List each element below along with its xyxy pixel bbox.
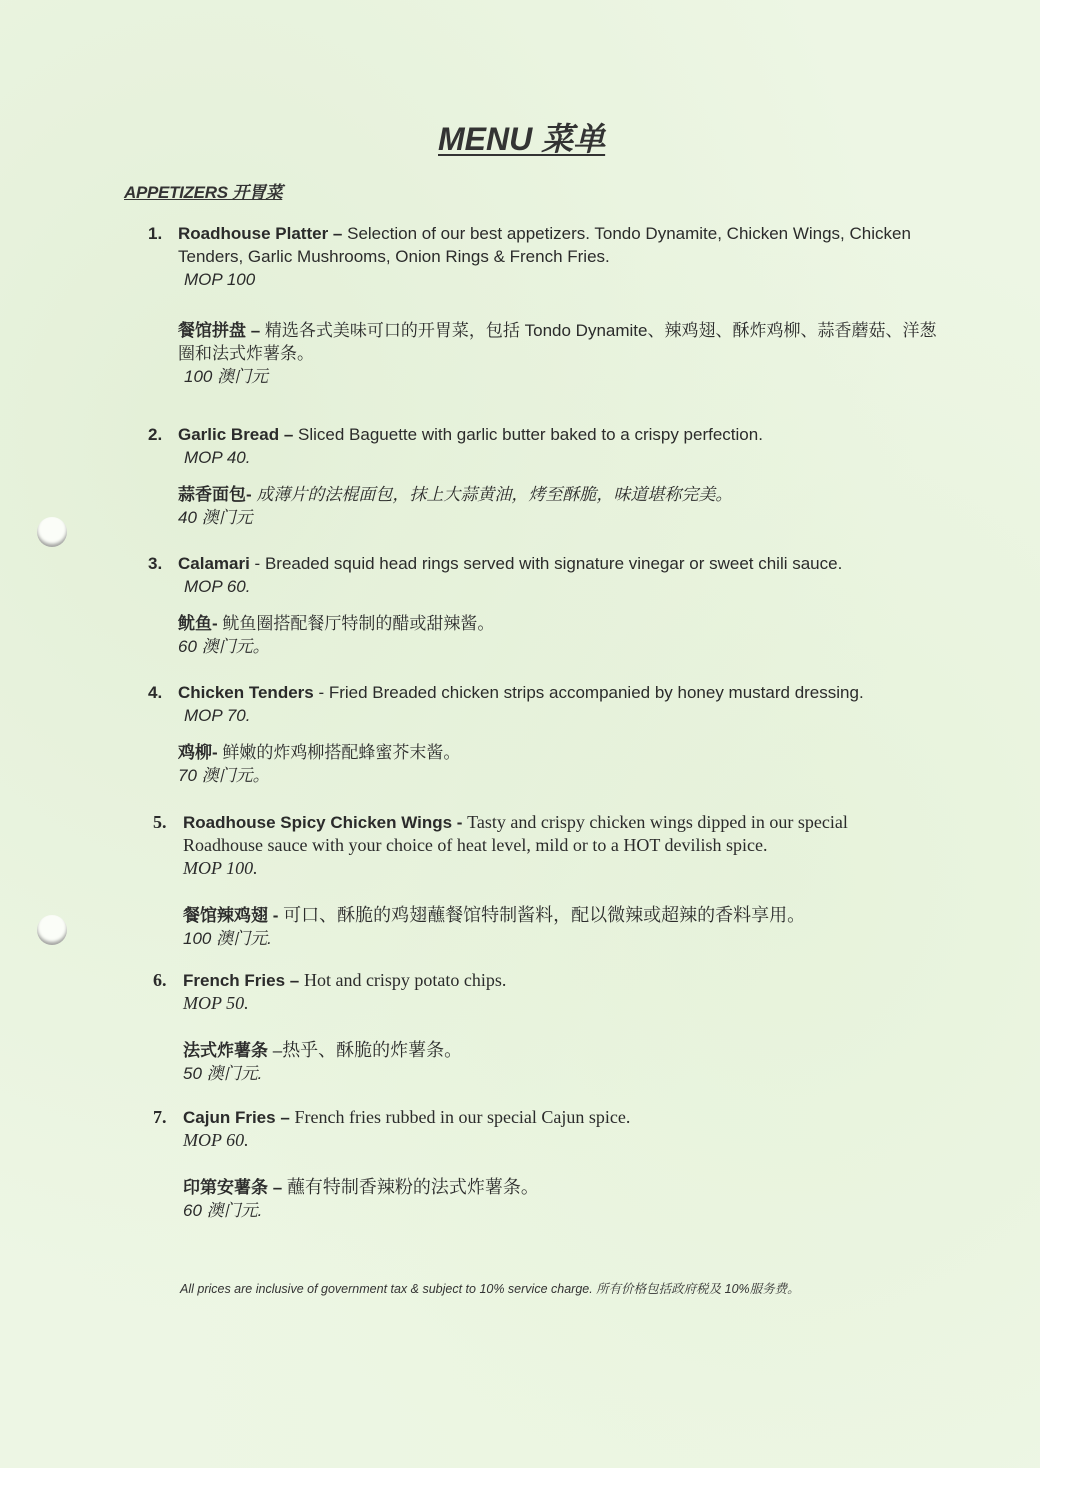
- item-description-cn: 法式炸薯条 –热乎、酥脆的炸薯条。: [183, 1039, 943, 1062]
- menu-page: MENU 菜单 APPETIZERS 开胃菜 1. Roadhouse Plat…: [0, 0, 1040, 1468]
- item-price-cn: 100 澳门元: [184, 365, 938, 388]
- menu-title: MENU 菜单: [438, 114, 605, 160]
- item-desc-cn: 热乎、酥脆的炸薯条。: [282, 1040, 462, 1060]
- item-name-cn: 法式炸薯条: [183, 1041, 268, 1060]
- item-number: 3.: [148, 552, 162, 575]
- item-price-cn: 60 澳门元。: [178, 635, 938, 658]
- item-desc-cn: 精选各式美味可口的开胃菜，包括 Tondo Dynamite、辣鸡翅、酥炸鸡柳、…: [178, 321, 936, 363]
- item-price-en: MOP 40.: [184, 446, 938, 469]
- punch-hole-top: [37, 517, 67, 547]
- menu-item-6: 6. French Fries – Hot and crispy potato …: [153, 969, 943, 1085]
- item-description-en: Calamari - Breaded squid head rings serv…: [178, 552, 918, 575]
- item-description-en: Cajun Fries – French fries rubbed in our…: [183, 1106, 923, 1129]
- item-desc-cn: 鲜嫩的炸鸡柳搭配蜂蜜芥末酱。: [222, 743, 460, 762]
- item-price-en: MOP 70.: [184, 704, 938, 727]
- item-desc-cn: 可口、酥脆的鸡翅蘸餐馆特制酱料，配以微辣或超辣的香料享用。: [283, 905, 805, 925]
- item-name-cn: 鸡柳-: [178, 743, 218, 762]
- separator: –: [268, 1041, 282, 1060]
- item-number: 5.: [153, 811, 167, 834]
- item-number: 2.: [148, 423, 162, 446]
- item-name-en: French Fries: [183, 971, 285, 990]
- item-description-cn: 餐馆拼盘 – 精选各式美味可口的开胃菜，包括 Tondo Dynamite、辣鸡…: [178, 319, 938, 365]
- item-price-en: MOP 60.: [183, 1129, 943, 1152]
- separator: –: [285, 971, 304, 990]
- item-price-cn: 40 澳门元: [178, 506, 938, 529]
- item-desc-en: Breaded squid head rings served with sig…: [265, 554, 842, 573]
- item-description-en: Garlic Bread – Sliced Baguette with garl…: [178, 423, 918, 446]
- item-name-cn: 鱿鱼-: [178, 614, 218, 633]
- menu-item-4: 4. Chicken Tenders - Fried Breaded chick…: [148, 681, 938, 787]
- item-name-en: Chicken Tenders: [178, 683, 314, 702]
- item-name-en: Calamari: [178, 554, 250, 573]
- item-desc-en: French fries rubbed in our special Cajun…: [295, 1107, 631, 1127]
- item-name-cn: 蒜香面包-: [178, 485, 252, 504]
- item-price-cn: 70 澳门元。: [178, 764, 938, 787]
- item-desc-cn: 成薄片的法棍面包，抹上大蒜黄油，烤至酥脆，味道堪称完美。: [256, 485, 732, 504]
- item-name-en: Roadhouse Spicy Chicken Wings: [183, 813, 452, 832]
- item-price-en: MOP 100.: [183, 857, 943, 880]
- item-description-cn: 鸡柳- 鲜嫩的炸鸡柳搭配蜂蜜芥末酱。: [178, 741, 938, 764]
- item-desc-cn: 蘸有特制香辣粉的法式炸薯条。: [287, 1177, 539, 1197]
- menu-item-7: 7. Cajun Fries – French fries rubbed in …: [153, 1106, 943, 1222]
- item-price-cn: 50 澳门元.: [183, 1062, 943, 1085]
- item-number: 4.: [148, 681, 162, 704]
- item-price-cn: 100 澳门元.: [183, 927, 943, 950]
- menu-item-3: 3. Calamari - Breaded squid head rings s…: [148, 552, 938, 658]
- item-desc-en: Hot and crispy potato chips.: [304, 970, 506, 990]
- separator: –: [328, 224, 347, 243]
- separator: -: [452, 813, 467, 832]
- item-name-cn: 餐馆辣鸡翅: [183, 906, 268, 925]
- punch-hole-bottom: [37, 915, 67, 945]
- item-name-cn: 印第安薯条: [183, 1178, 268, 1197]
- item-number: 6.: [153, 969, 167, 992]
- item-price-en: MOP 60.: [184, 575, 938, 598]
- item-description-cn: 印第安薯条 – 蘸有特制香辣粉的法式炸薯条。: [183, 1176, 943, 1199]
- item-description-cn: 鱿鱼- 鱿鱼圈搭配餐厅特制的醋或甜辣酱。: [178, 612, 938, 635]
- item-description-en: Roadhouse Platter – Selection of our bes…: [178, 222, 918, 268]
- item-description-en: Chicken Tenders - Fried Breaded chicken …: [178, 681, 918, 704]
- item-desc-en: Fried Breaded chicken strips accompanied…: [329, 683, 864, 702]
- separator: –: [268, 1178, 287, 1197]
- item-name-en: Garlic Bread: [178, 425, 279, 444]
- item-price-en: MOP 100: [184, 268, 938, 291]
- item-name-cn: 餐馆拼盘: [178, 321, 246, 340]
- item-price-en: MOP 50.: [183, 992, 943, 1015]
- separator: –: [276, 1108, 295, 1127]
- item-desc-cn: 鱿鱼圈搭配餐厅特制的醋或甜辣酱。: [222, 614, 494, 633]
- section-heading-appetizers: APPETIZERS 开胃菜: [124, 178, 282, 203]
- item-desc-en: Sliced Baguette with garlic butter baked…: [298, 425, 763, 444]
- item-description-en: French Fries – Hot and crispy potato chi…: [183, 969, 923, 992]
- separator: -: [250, 554, 265, 573]
- menu-item-2: 2. Garlic Bread – Sliced Baguette with g…: [148, 423, 938, 529]
- item-description-cn: 蒜香面包- 成薄片的法棍面包，抹上大蒜黄油，烤至酥脆，味道堪称完美。: [178, 483, 938, 506]
- item-price-cn: 60 澳门元.: [183, 1199, 943, 1222]
- price-disclaimer: All prices are inclusive of government t…: [180, 1279, 800, 1297]
- menu-item-5: 5. Roadhouse Spicy Chicken Wings - Tasty…: [153, 811, 943, 950]
- separator: –: [246, 321, 265, 340]
- menu-item-1: 1. Roadhouse Platter – Selection of our …: [148, 222, 938, 388]
- item-description-cn: 餐馆辣鸡翅 - 可口、酥脆的鸡翅蘸餐馆特制酱料，配以微辣或超辣的香料享用。: [183, 904, 943, 927]
- item-name-en: Roadhouse Platter: [178, 224, 328, 243]
- separator: -: [268, 906, 283, 925]
- separator: –: [279, 425, 298, 444]
- item-number: 7.: [153, 1106, 167, 1129]
- separator: -: [314, 683, 329, 702]
- item-number: 1.: [148, 222, 162, 245]
- item-name-en: Cajun Fries: [183, 1108, 276, 1127]
- item-description-en: Roadhouse Spicy Chicken Wings - Tasty an…: [183, 811, 903, 857]
